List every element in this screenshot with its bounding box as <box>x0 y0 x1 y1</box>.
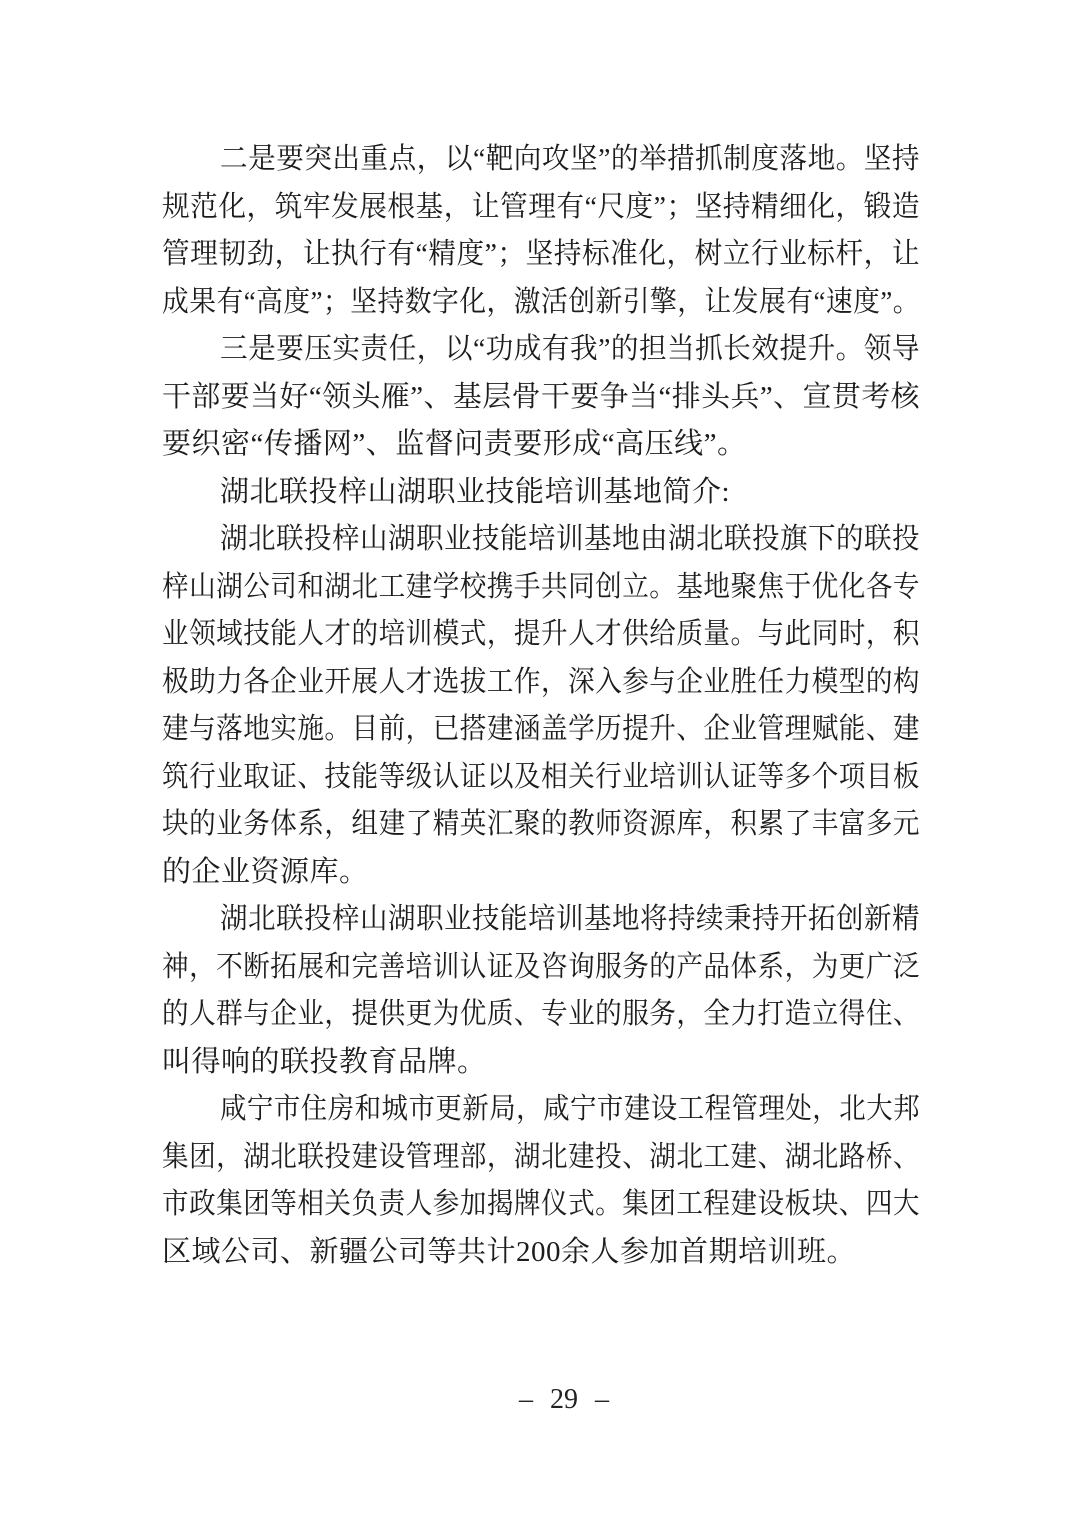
text-line: 神，不断拓展和完善培训认证及咨询服务的产品体系，为更广泛 <box>162 944 920 992</box>
text-line: 梓山湖公司和湖北工建学校携手共同创立。基地聚焦于优化各专 <box>162 564 920 612</box>
text-line: 二是要突出重点，以“靶向攻坚”的举措抓制度落地。坚持 <box>220 136 920 184</box>
text-line: 叫得响的联投教育品牌。 <box>162 1039 487 1087</box>
page-number: – 29 – <box>519 1384 609 1415</box>
text-line: 区域公司、新疆公司等共计200余人参加首期培训班。 <box>162 1229 856 1277</box>
text-line: 建与落地实施。目前，已搭建涵盖学历提升、企业管理赋能、建 <box>162 706 920 754</box>
paragraph-4: 湖北联投梓山湖职业技能培训基地由湖北联投旗下的联投梓山湖公司和湖北工建学校携手共… <box>162 516 920 896</box>
paragraph-5: 湖北联投梓山湖职业技能培训基地将持续秉持开拓创新精神，不断拓展和完善培训认证及咨… <box>162 896 920 1086</box>
text-line: 集团，湖北联投建设管理部，湖北建投、湖北工建、湖北路桥、 <box>162 1134 920 1182</box>
paragraph-2: 三是要压实责任，以“功成有我”的担当抓长效提升。领导干部要当好“领头雁”、基层骨… <box>162 326 920 469</box>
paragraph-6: 咸宁市住房和城市更新局，咸宁市建设工程管理处，北大邦集团，湖北联投建设管理部，湖… <box>162 1086 920 1276</box>
paragraph-3: 湖北联投梓山湖职业技能培训基地简介: <box>162 469 920 517</box>
text-line: 的企业资源库。 <box>162 849 369 897</box>
text-line: 极助力各企业开展人才选拔工作，深入参与企业胜任力模型的构 <box>162 659 920 707</box>
text-line: 成果有“高度”；坚持数字化，激活创新引擎，让发展有“速度”。 <box>162 279 920 327</box>
text-line: 筑行业取证、技能等级认证以及相关行业培训认证等多个项目板 <box>162 754 920 802</box>
text-line: 湖北联投梓山湖职业技能培训基地将持续秉持开拓创新精 <box>220 896 920 944</box>
text-line: 管理韧劲，让执行有“精度”；坚持标准化，树立行业标杆，让 <box>162 231 920 279</box>
text-line: 湖北联投梓山湖职业技能培训基地简介: <box>220 469 730 517</box>
text-line: 湖北联投梓山湖职业技能培训基地由湖北联投旗下的联投 <box>220 516 920 564</box>
text-line: 的人群与企业，提供更为优质、专业的服务，全力打造立得住、 <box>162 991 920 1039</box>
page-footer: – 29 – <box>0 1384 1074 1416</box>
text-line: 业领域技能人才的培训模式，提升人才供给质量。与此同时，积 <box>162 611 920 659</box>
text-line: 市政集团等相关负责人参加揭牌仪式。集团工程建设板块、四大 <box>162 1181 920 1229</box>
text-line: 三是要压实责任，以“功成有我”的担当抓长效提升。领导 <box>220 326 920 374</box>
document-page: 二是要突出重点，以“靶向攻坚”的举措抓制度落地。坚持规范化，筑牢发展根基，让管理… <box>0 0 1074 1520</box>
paragraph-1: 二是要突出重点，以“靶向攻坚”的举措抓制度落地。坚持规范化，筑牢发展根基，让管理… <box>162 136 920 326</box>
text-line: 要织密“传播网”、监督问责要形成“高压线”。 <box>162 421 747 469</box>
document-body: 二是要突出重点，以“靶向攻坚”的举措抓制度落地。坚持规范化，筑牢发展根基，让管理… <box>162 136 920 1276</box>
text-line: 咸宁市住房和城市更新局，咸宁市建设工程管理处，北大邦 <box>220 1086 920 1134</box>
text-line: 干部要当好“领头雁”、基层骨干要争当“排头兵”、宣贯考核 <box>162 374 920 422</box>
text-line: 规范化，筑牢发展根基，让管理有“尺度”；坚持精细化，锻造 <box>162 184 920 232</box>
text-line: 块的业务体系，组建了精英汇聚的教师资源库，积累了丰富多元 <box>162 801 920 849</box>
